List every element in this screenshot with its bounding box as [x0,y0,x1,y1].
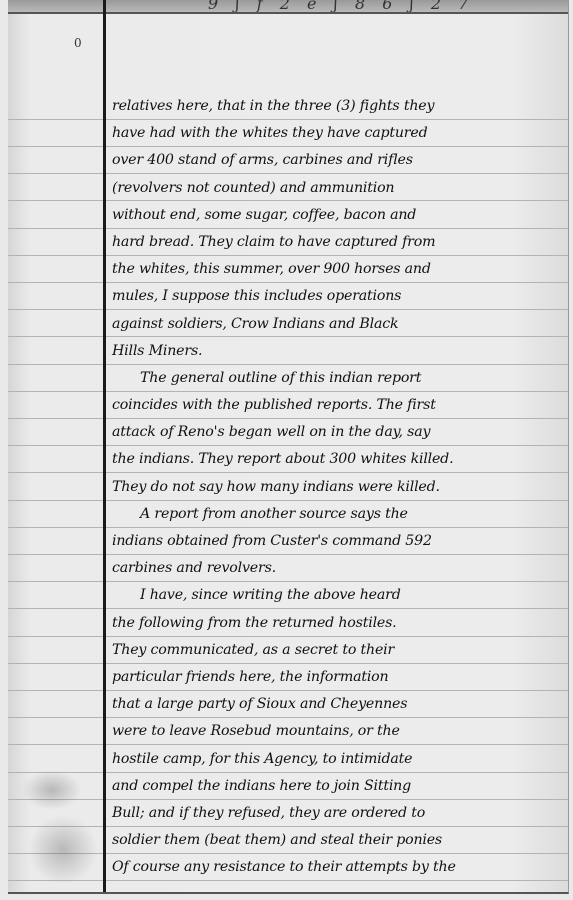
margin-mark: 0 [74,36,82,50]
bleed-through-text: 9 ʃ f 2 e ʃ 8 6 ʃ 2 7 [208,0,474,13]
paragraph-start-line: I have, since writing the above heard [112,582,562,609]
margin-rule [103,0,106,892]
text-line: indians obtained from Custer's command 5… [112,528,562,555]
text-line: Bull; and if they refused, they are orde… [112,800,562,827]
text-line: hard bread. They claim to have captured … [112,229,562,256]
text-line: soldier them (beat them) and steal their… [112,827,562,854]
text-line: (revolvers not counted) and ammunition [112,175,562,202]
handwritten-text-body: relatives here, that in the three (3) fi… [112,93,562,881]
text-line: the following from the returned hostiles… [112,610,562,637]
text-line: mules, I suppose this includes operation… [112,283,562,310]
text-line: Hills Miners. [112,338,562,365]
text-line: the indians. They report about 300 white… [112,446,562,473]
text-line: carbines and revolvers. [112,555,562,582]
text-line: that a large party of Sioux and Cheyenne… [112,691,562,718]
ink-smudge [28,815,98,885]
text-line: They communicated, as a secret to their [112,637,562,664]
text-line: and compel the indians here to join Sitt… [112,773,562,800]
ink-smudge [22,770,82,810]
text-line: relatives here, that in the three (3) fi… [112,93,562,120]
text-line: coincides with the published reports. Th… [112,392,562,419]
text-line: without end, some sugar, coffee, bacon a… [112,202,562,229]
paragraph-start-line: The general outline of this indian repor… [112,365,562,392]
text-line: They do not say how many indians were ki… [112,474,562,501]
text-line: over 400 stand of arms, carbines and rif… [112,147,562,174]
text-line: against soldiers, Crow Indians and Black [112,311,562,338]
text-line: the whites, this summer, over 900 horses… [112,256,562,283]
text-line: Of course any resistance to their attemp… [112,854,562,881]
paragraph-start-line: A report from another source says the [112,501,562,528]
text-line: particular friends here, the information [112,664,562,691]
top-page-bleed: 9 ʃ f 2 e ʃ 8 6 ʃ 2 7 [8,0,568,14]
text-line: were to leave Rosebud mountains, or the [112,718,562,745]
text-line: hostile camp, for this Agency, to intimi… [112,746,562,773]
text-line: have had with the whites they have captu… [112,120,562,147]
text-line: attack of Reno's began well on in the da… [112,419,562,446]
